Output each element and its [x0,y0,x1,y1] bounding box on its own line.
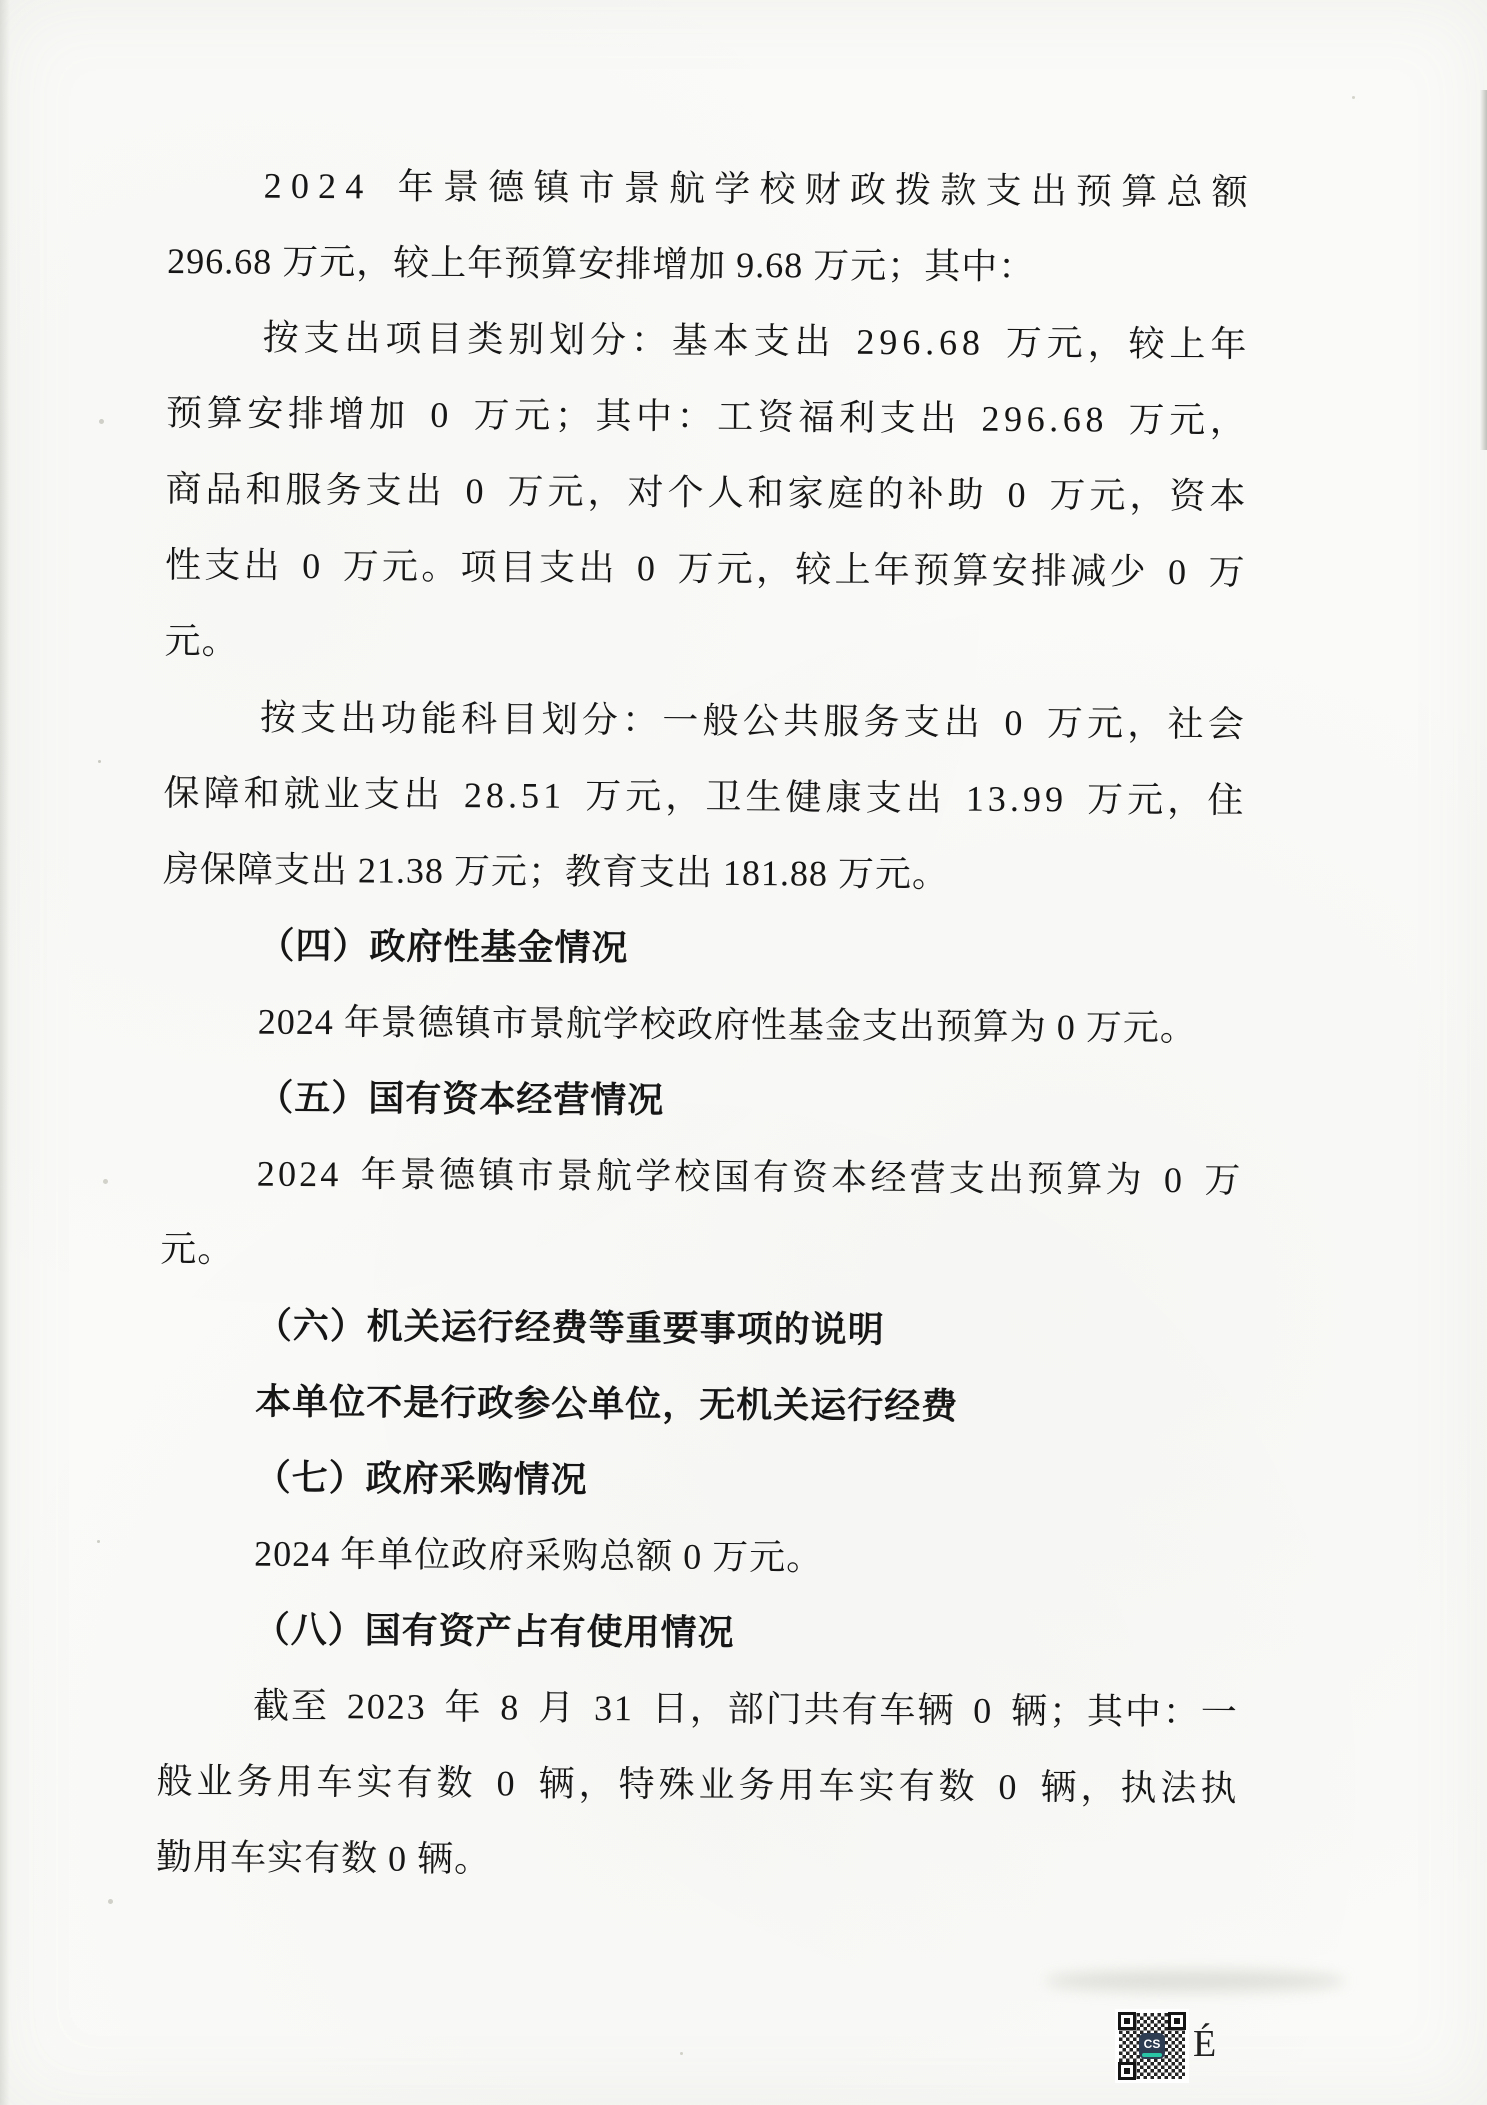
qr-pattern: CS [1119,2013,1185,2079]
document-page: 2024年景德镇市景航学校财政拨款支出预算总额296.68 万元，较上年预算安排… [0,0,1487,2105]
heading-line: （四）政府性基金情况 [162,907,1243,991]
text-line: 保障和就业支出28.51万元，卫生健康支出13.99万元，住 [163,755,1244,839]
heading-line: （六）机关运行经费等重要事项的说明 [160,1287,1241,1371]
heading-line: 本单位不是行政参公单位，无机关运行经费 [159,1363,1240,1447]
camscanner-cs-badge: CS [1139,2033,1165,2059]
text-block: 2024年景德镇市景航学校财政拨款支出预算总额296.68 万元，较上年预算安排… [156,147,1248,1902]
text-line: 预算安排增加0万元；其中：工资福利支出296.68万元， [166,375,1247,459]
qr-finder-top-left [1118,2012,1136,2030]
scanned-document: { "document": { "lines": [ {"text": "202… [0,0,1487,2105]
text-line: 性支出0万元。项目支出0万元，较上年预算安排减少0万 [165,527,1246,611]
text-line: 2024 年单位政府采购总额 0 万元。 [158,1515,1239,1599]
text-line: 按支出项目类别划分：基本支出296.68万元，较上年 [166,299,1247,383]
text-line: 2024 年景德镇市景航学校政府性基金支出预算为 0 万元。 [162,983,1243,1067]
text-line: 勤用车实有数 0 辆。 [156,1819,1237,1903]
text-line: 般业务用车实有数0辆，特殊业务用车实有数0辆，执法执 [156,1743,1237,1827]
text-line: 房保障支出 21.38 万元；教育支出 181.88 万元。 [163,831,1244,915]
text-line: 元。 [164,603,1245,687]
text-line: 截至2023年8月31日，部门共有车辆0辆；其中：一 [157,1667,1238,1751]
camscanner-qr-code: CS [1115,2009,1189,2083]
scan-edge-shadow-right [1480,90,1487,450]
scan-edge-shadow-left [0,0,10,2105]
qr-finder-top-right [1168,2012,1186,2030]
text-line: 商品和服务支出0万元，对个人和家庭的补助0万元，资本 [165,451,1246,535]
heading-line: （五）国有资本经营情况 [161,1059,1242,1143]
text-line: 2024年景德镇市景航学校财政拨款支出预算总额 [167,147,1248,231]
heading-line: （七）政府采购情况 [158,1439,1239,1523]
scan-smudge [1045,1970,1345,1992]
text-line: 296.68 万元，较上年预算安排增加 9.68 万元；其中： [167,223,1248,307]
text-line: 元。 [160,1211,1241,1295]
heading-line: （八）国有资产占有使用情况 [157,1591,1238,1675]
watermark-letter: É [1193,2022,1216,2066]
qr-finder-bottom-left [1118,2062,1136,2080]
text-line: 2024年景德镇市景航学校国有资本经营支出预算为0万 [161,1135,1242,1219]
text-line: 按支出功能科目划分：一般公共服务支出0万元，社会 [164,679,1245,763]
scan-speckles [237,260,240,263]
